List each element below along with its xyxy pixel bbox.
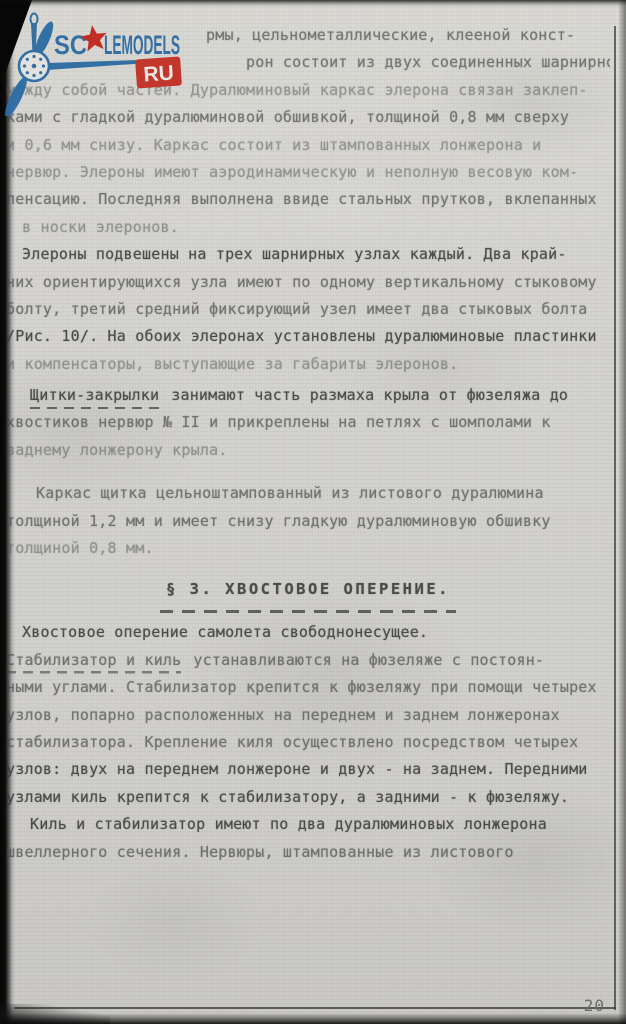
text-line: болту, третий средний фиксирующий узел и… — [6, 296, 610, 323]
scanned-page: рмы, цельнометаллические, клееной конст-… — [0, 0, 626, 1024]
text-line: в носки элеронов. — [6, 214, 610, 241]
text-line: Щитки-закрылкизанимают часть размаха кры… — [6, 382, 610, 409]
airplane-propeller-icon: SC LEMODELS RU — [4, 6, 224, 116]
text-line: толщиной 1,2 мм и имеет снизу гладкую ду… — [6, 508, 610, 535]
text-line: Киль и стабилизатор имеют по два дуралюм… — [6, 811, 610, 838]
text-line: узлов: двух на переднем лонжероне и двух… — [6, 756, 610, 783]
text-line: узлов, попарно расположенных на переднем… — [6, 702, 610, 729]
text-line: /Рис. 10/. На обоих элеронах установлены… — [6, 323, 610, 350]
text-line: заднему лонжерону крыла. — [6, 437, 610, 464]
text-line: ными углами. Стабилизатор крепится к фюз… — [6, 674, 610, 701]
text-fragment: занимают часть размаха крыла от фюзеляжа… — [171, 386, 568, 404]
brand-text-prefix: SC — [54, 30, 87, 60]
page-frame-right — [614, 26, 616, 1010]
underlined-term-flaps: Щитки-закрылки — [30, 386, 159, 409]
underlined-term-stabilizer: Стабилизатор и киль — [6, 651, 181, 674]
ru-badge: RU — [135, 56, 182, 88]
text-fragment: устанавливаются на фюзеляже с постоян- — [193, 651, 544, 669]
brand-text-suffix: LEMODELS — [104, 30, 180, 60]
text-line: стабилизатора. Крепление киля осуществле… — [6, 729, 610, 756]
section-heading-line: § 3. ХВОСТОВОЕ ОПЕРЕНИЕ. — [6, 576, 610, 616]
scan-edge-bottom — [0, 1013, 626, 1024]
text-line: узлами киль крепится к стабилизатору, а … — [6, 784, 610, 811]
text-line: них ориентирующихся узла имеют по одному… — [6, 269, 610, 296]
text-line: Хвостовое оперение самолета свободнонесу… — [6, 619, 610, 646]
page-number: 20 — [584, 996, 605, 1015]
text-line: Стабилизатор и кильустанавливаются на фю… — [6, 647, 610, 674]
scan-edge-right — [619, 0, 626, 1024]
text-line: швеллерного сечения. Нервюры, штампованн… — [6, 839, 610, 866]
ru-badge-text: RU — [143, 61, 175, 86]
text-line: хвостиков нервюр № II и прикреплены на п… — [6, 409, 610, 436]
text-line: Элероны подвешены на трех шарнирных узла… — [6, 241, 610, 268]
text-line: и 0,6 мм снизу. Каркас состоит из штампо… — [6, 132, 610, 159]
text-line: нервюр. Элероны имеют аэродинамическую и… — [6, 159, 610, 186]
scalemodels-watermark: SC LEMODELS RU — [4, 6, 224, 120]
section-heading: § 3. ХВОСТОВОЕ ОПЕРЕНИЕ. — [160, 576, 456, 612]
text-line: толщиной 0,8 мм. — [6, 535, 610, 562]
typewritten-text: рмы, цельнометаллические, клееной конст-… — [6, 22, 610, 866]
text-line: Каркас щитка цельноштампованный из листо… — [6, 480, 610, 507]
text-line: и компенсаторы, выступающие за габариты … — [6, 351, 610, 378]
text-line: пенсацию. Последняя выполнена ввиде стал… — [6, 186, 610, 213]
